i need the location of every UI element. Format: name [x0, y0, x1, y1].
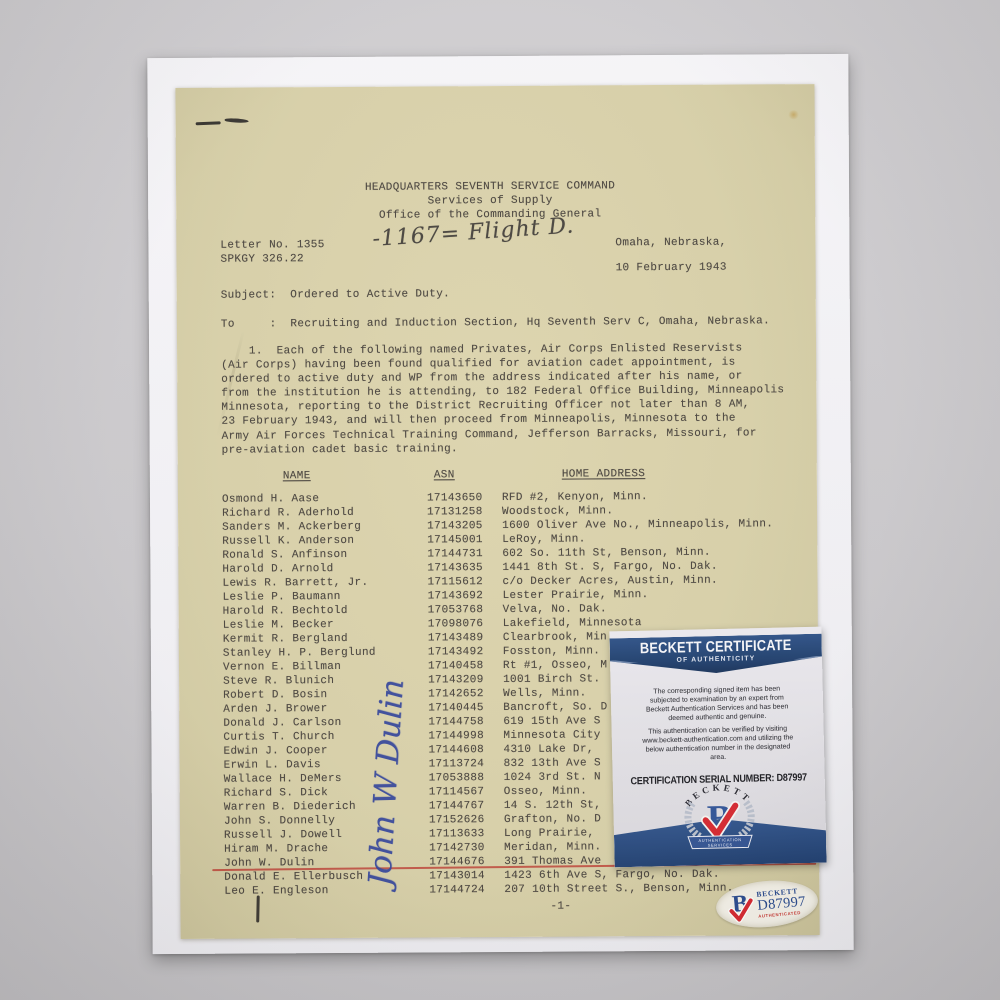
- cell-home-address: Wells, Minn.: [503, 688, 586, 701]
- cell-name: Sanders M. Ackerberg: [222, 521, 361, 534]
- cell-name: Richard S. Dick: [224, 787, 328, 800]
- logo-ribbon-line2: SERVICES: [708, 842, 733, 848]
- cell-asn: 17152626: [429, 814, 485, 826]
- cell-asn: 17143014: [429, 871, 485, 883]
- cell-home-address: Velva, No. Dak.: [503, 603, 607, 616]
- to-line: To : Recruiting and Induction Section, H…: [221, 314, 770, 331]
- certificate-banner: BECKETT CERTIFICATE OF AUTHENTICITY: [610, 634, 823, 676]
- cell-home-address: RFD #2, Kenyon, Minn.: [502, 491, 648, 504]
- page-number: -1-: [550, 900, 571, 914]
- paper-stain: [788, 110, 800, 119]
- cell-asn: 17143489: [428, 632, 484, 644]
- cell-name: Wallace H. DeMers: [224, 773, 342, 786]
- letter-number: Letter No. 1355: [220, 238, 324, 253]
- cell-home-address: Osseo, Minn.: [504, 786, 587, 799]
- cell-home-address: LeRoy, Minn.: [502, 534, 585, 547]
- cell-name: Kermit R. Bergland: [223, 633, 348, 646]
- cell-home-address: Fosston, Minn.: [503, 646, 600, 659]
- cell-asn: 17113724: [429, 758, 485, 770]
- cell-home-address: 1441 8th St. S, Fargo, No. Dak.: [502, 561, 718, 574]
- cell-asn: 17140458: [428, 660, 484, 672]
- cell-home-address: 1600 Oliver Ave No., Minneapolis, Minn.: [502, 518, 773, 532]
- date-line: 10 February 1943: [616, 261, 727, 276]
- sticker-status: AUTHENTICATED: [758, 911, 801, 919]
- cell-home-address: 619 15th Ave S: [503, 716, 600, 729]
- pen-dash-mark-1: [196, 121, 221, 125]
- cell-name: Harold D. Arnold: [222, 563, 333, 576]
- cell-asn: 17144767: [429, 800, 485, 812]
- cell-home-address: 207 10th Street S., Benson, Minn.: [504, 883, 733, 896]
- certificate-body-2: This authentication can be verified by v…: [640, 724, 797, 764]
- cell-name: Donald J. Carlson: [223, 717, 341, 730]
- cell-asn: 17143209: [428, 674, 484, 686]
- cell-home-address: 1001 Birch St.: [503, 674, 600, 687]
- cell-name: Hiram M. Drache: [224, 843, 328, 856]
- cell-home-address: 4310 Lake Dr,: [503, 744, 593, 757]
- cell-home-address: 14 S. 12th St,: [504, 800, 601, 813]
- cell-name: Steve R. Blunich: [223, 675, 334, 688]
- cell-name: Russell K. Anderson: [222, 535, 354, 548]
- cell-asn: 17143635: [427, 562, 483, 574]
- beckett-certificate-card: BECKETT CERTIFICATE OF AUTHENTICITY The …: [609, 627, 826, 868]
- cell-name: Russell J. Dowell: [224, 829, 342, 842]
- cell-home-address: 832 13th Ave S: [504, 758, 601, 771]
- cell-asn: 17144608: [428, 744, 484, 756]
- cell-name: Richard R. Aderhold: [222, 507, 354, 520]
- pen-mark-bottom: [256, 895, 259, 922]
- table-header-asn: ASN: [434, 468, 455, 482]
- body-paragraph: 1. Each of the following named Privates,…: [221, 341, 785, 457]
- cell-asn: 17142730: [429, 842, 485, 854]
- cell-asn: 17115612: [427, 576, 483, 588]
- red-check-icon: [727, 897, 757, 925]
- cell-name: Erwin L. Davis: [224, 759, 321, 772]
- cell-home-address: Long Prairie,: [504, 828, 594, 841]
- cell-home-address: 1024 3rd St. N: [504, 772, 601, 785]
- cell-name: Curtis T. Church: [223, 731, 334, 744]
- photo-background: HEADQUARTERS SEVENTH SERVICE COMMAND Ser…: [0, 0, 1000, 1000]
- cell-name: Leslie P. Baumann: [223, 591, 341, 604]
- cell-asn: 17140445: [428, 702, 484, 714]
- cell-name: Robert D. Bosin: [223, 689, 327, 702]
- cell-home-address: Rt #1, Osseo, M: [503, 660, 607, 673]
- cell-name: Leslie M. Becker: [223, 619, 334, 632]
- cell-asn: 17098076: [428, 618, 484, 630]
- cell-name: Edwin J. Cooper: [223, 745, 327, 758]
- cell-name: Stanley H. P. Berglund: [223, 647, 376, 660]
- cell-asn: 17144998: [428, 730, 484, 742]
- cell-home-address: Meridan, Minn.: [504, 842, 601, 855]
- cell-name: Donald E. Ellerbusch: [224, 871, 363, 884]
- cell-asn: 17142652: [428, 688, 484, 700]
- cell-name: Harold R. Bechtold: [223, 605, 348, 618]
- cell-home-address: Lakefield, Minnesota: [503, 617, 642, 630]
- cell-name: Leo E. Engleson: [224, 885, 328, 898]
- cell-home-address: Clearbrook, Min: [503, 632, 607, 645]
- cell-name: Vernon E. Billman: [223, 661, 341, 674]
- cell-home-address: Lester Prairie, Minn.: [503, 589, 649, 602]
- table-header-home-address: HOME ADDRESS: [562, 467, 646, 482]
- cell-asn: 17144758: [428, 716, 484, 728]
- cell-home-address: Grafton, No. D: [504, 814, 601, 827]
- cell-asn: 17113633: [429, 828, 485, 840]
- beckett-b-icon: B: [727, 889, 756, 923]
- cell-asn: 17144724: [429, 885, 485, 897]
- cell-name: Lewis R. Barrett, Jr.: [222, 577, 368, 590]
- cell-name: Warren B. Diederich: [224, 801, 356, 814]
- cell-name: John S. Donnelly: [224, 815, 335, 828]
- cell-asn: 17143650: [427, 492, 483, 504]
- certificate-body-1: The corresponding signed item has been s…: [639, 684, 796, 724]
- document-heading: HEADQUARTERS SEVENTH SERVICE COMMAND Ser…: [310, 179, 670, 223]
- place-line: Omaha, Nebraska,: [615, 236, 726, 251]
- cell-name: Arden J. Brower: [223, 703, 327, 716]
- cell-asn: 17053888: [429, 772, 485, 784]
- file-reference: SPKGY 326.22: [220, 252, 304, 267]
- cell-asn: 17143205: [427, 520, 483, 532]
- subject-line: Subject: Ordered to Active Duty.: [221, 287, 450, 302]
- cell-home-address: Woodstock, Minn.: [502, 505, 613, 518]
- cell-home-address: Bancroft, So. D: [503, 702, 607, 715]
- cell-home-address: Minnesota City: [503, 730, 600, 743]
- beckett-logo-icon: BECKETT B AUTHENTICATION SERVICES: [613, 782, 826, 855]
- table-header-name: NAME: [283, 469, 311, 483]
- cell-asn: 17143692: [428, 590, 484, 602]
- cell-name: Osmond H. Aase: [222, 493, 319, 506]
- cell-asn: 17131258: [427, 506, 483, 518]
- cell-asn: 17053768: [428, 604, 484, 616]
- cell-home-address: c/o Decker Acres, Austin, Minn.: [502, 575, 718, 588]
- cell-asn: 17145001: [427, 534, 483, 546]
- cell-name: Ronald S. Anfinson: [222, 549, 347, 562]
- cell-asn: 17114567: [429, 786, 485, 798]
- cell-home-address: 1423 6th Ave S, Fargo, No. Dak.: [504, 869, 720, 882]
- cell-home-address: 602 So. 11th St, Benson, Minn.: [502, 547, 711, 560]
- cell-asn: 17144731: [427, 548, 483, 560]
- cell-asn: 17143492: [428, 646, 484, 658]
- pen-dash-mark-2: [225, 118, 249, 123]
